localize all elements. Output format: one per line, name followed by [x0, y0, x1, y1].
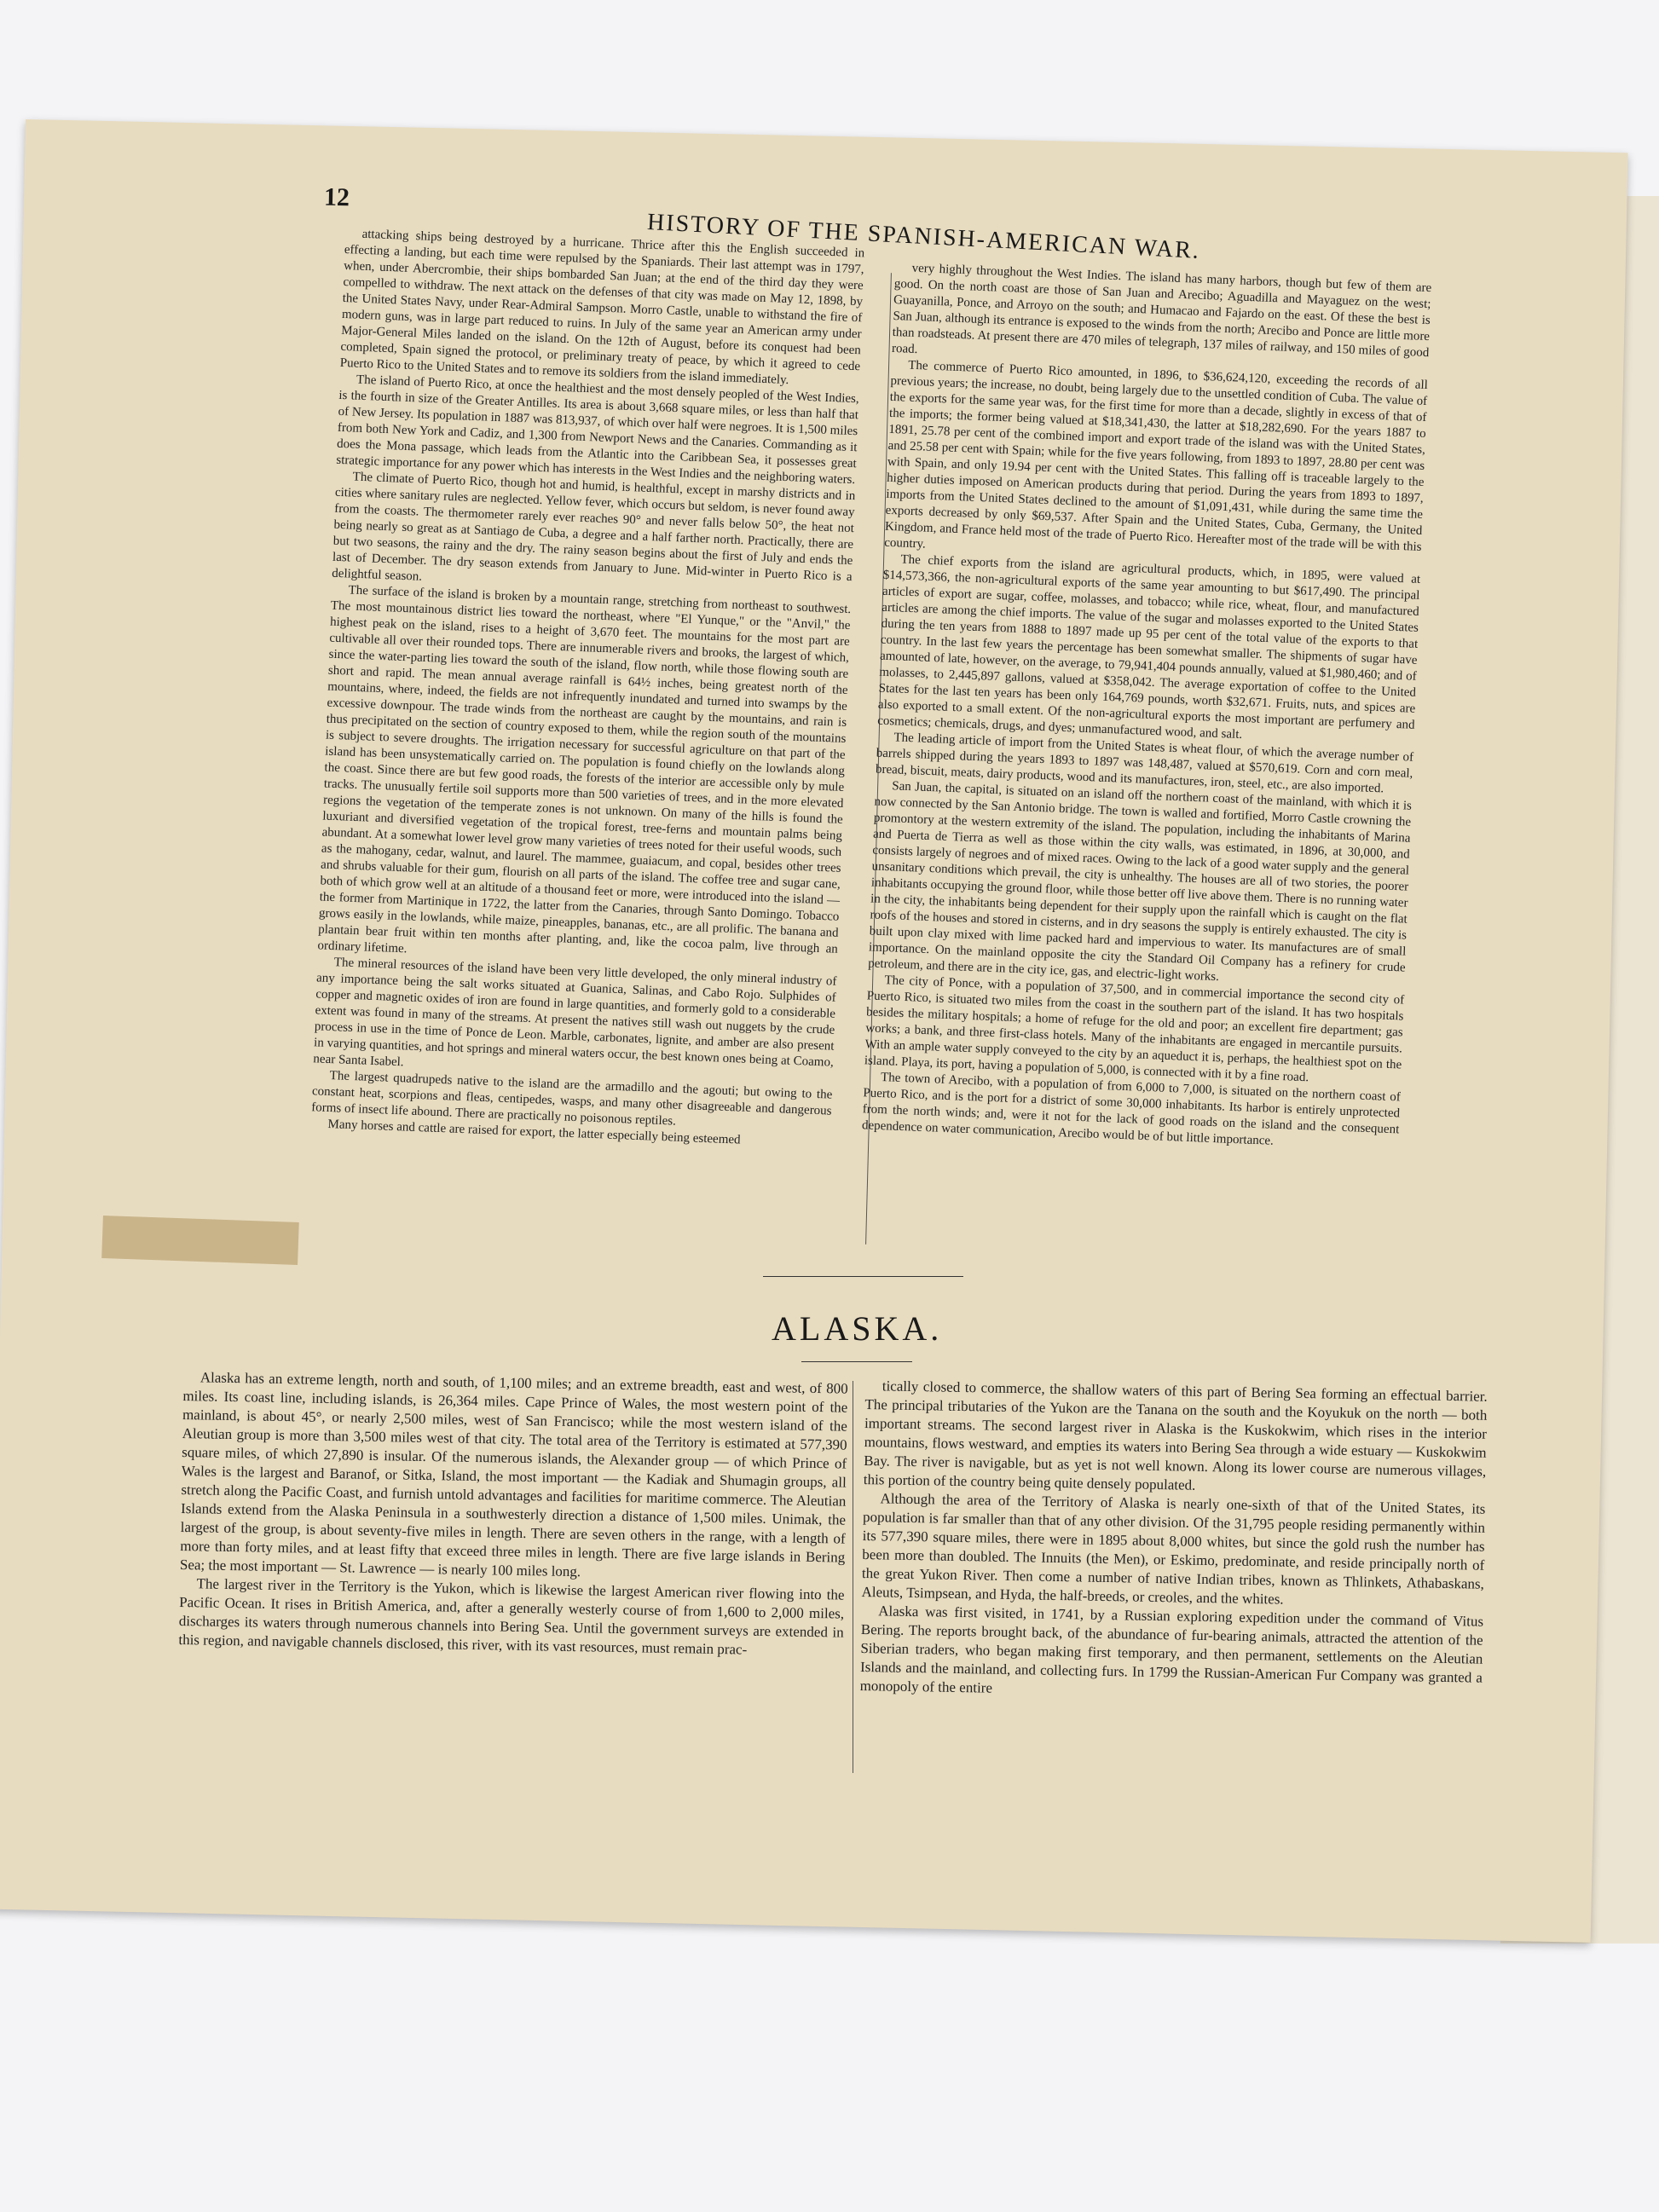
paragraph: The mineral resources of the island have… [313, 954, 837, 1087]
paragraph: attacking ships being destroyed by a hur… [339, 226, 864, 391]
paragraph: The commerce of Puerto Rico amounted, in… [884, 357, 1428, 572]
paragraph: Alaska was first visited, in 1741, by a … [859, 1602, 1483, 1707]
paragraph: The climate of Puerto Rico, though hot a… [332, 469, 856, 602]
paragraph: The surface of the island is broken by a… [317, 582, 851, 974]
torn-label-fragment [101, 1216, 299, 1265]
column-divider [853, 1381, 853, 1773]
alaska-column-1: Alaska has an extreme length, north and … [178, 1368, 848, 1661]
paragraph: Although the area of the Territory of Al… [861, 1489, 1485, 1613]
page-number: 12 [324, 183, 350, 213]
paragraph: Alaska has an extreme length, north and … [180, 1368, 848, 1586]
paragraph: tically closed to commerce, the shallow … [864, 1377, 1488, 1500]
puerto-rico-column-2: very highly throughout the West Indies. … [857, 260, 1432, 1285]
section-rule-top [763, 1276, 963, 1277]
paragraph: The largest river in the Territory is th… [178, 1574, 844, 1661]
puerto-rico-column-1: attacking ships being destroyed by a hur… [305, 226, 864, 1285]
section-title-alaska: ALASKA. [772, 1308, 942, 1349]
paragraph: San Juan, the capital, is situated on an… [868, 778, 1412, 993]
section-rule-bottom [801, 1361, 912, 1362]
paragraph: The chief exports from the island are ag… [877, 552, 1421, 750]
alaska-column-2: tically closed to commerce, the shallow … [859, 1377, 1487, 1707]
